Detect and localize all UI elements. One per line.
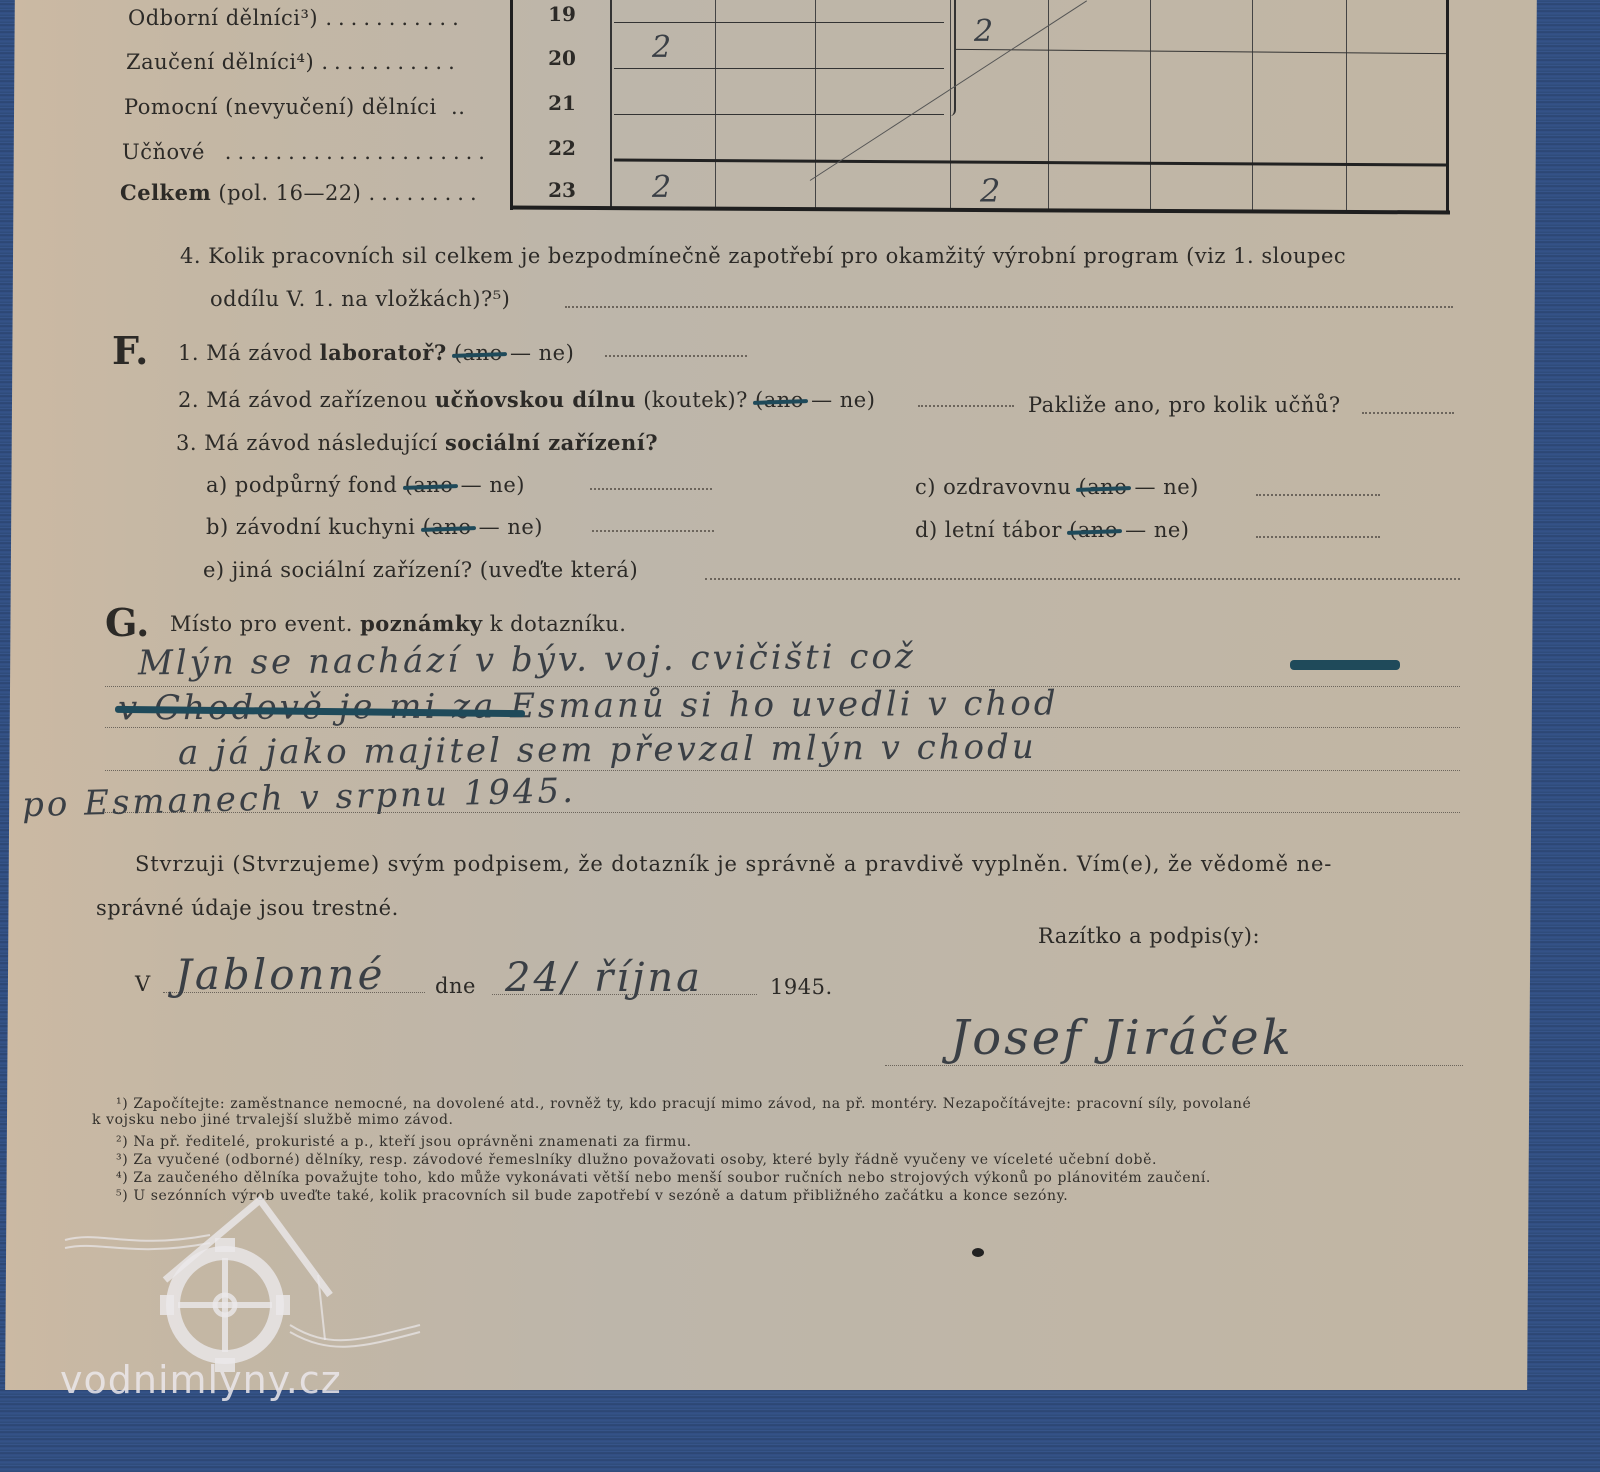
row-label-23: Celkem (pol. 16—22) .........	[120, 180, 483, 205]
declaration-line2: správné údaje jsou trestné.	[96, 896, 399, 920]
stamp-label: Razítko a podpis(y):	[1038, 924, 1260, 948]
struck-ano: (ano	[454, 341, 503, 365]
date-value: 24/ října	[505, 955, 703, 1001]
row-label-19: Odborní dělníci³) ...........	[128, 6, 465, 30]
cell-row23-col1: 2	[652, 170, 674, 205]
row-label-20: Zaučení dělníci⁴) ...........	[126, 50, 461, 74]
f-q3-item-e: e) jiná sociální zařízení? (uveďte která…	[203, 558, 638, 582]
f-q3-item-c: c) ozdravovnu (ano — ne)	[915, 475, 1199, 499]
section-g-heading: Místo pro event. poznámky k dotazníku.	[170, 611, 626, 636]
declaration-line1: Stvrzuji (Stvrzujeme) svým podpisem, že …	[135, 852, 1332, 876]
signature: Josef Jiráček	[950, 1010, 1294, 1066]
row-number-22: 22	[532, 136, 592, 160]
f-q3-item-b-field[interactable]	[592, 530, 714, 532]
section-f-letter: F.	[112, 328, 148, 373]
question-4-answer-field[interactable]	[565, 306, 1453, 308]
cell-bracket-value: 2	[974, 14, 996, 49]
f-q2-followup: Pakliže ano, pro kolik učňů?	[1028, 393, 1341, 417]
f-q3-item-d-field[interactable]	[1256, 536, 1380, 538]
footnote-2: ²) Na př. ředitelé, prokuristé a p., kte…	[92, 1134, 1251, 1150]
f-q2-answer-field[interactable]	[918, 405, 1014, 407]
ink-dot	[972, 1248, 984, 1257]
f-q3-item-d: d) letní tábor (ano — ne)	[915, 518, 1190, 542]
f-q3-item-c-field[interactable]	[1256, 494, 1380, 496]
footnote-1-cont: k vojsku nebo jiné trvalejší službě mimo…	[92, 1112, 1251, 1128]
f-q3-item-b: b) závodní kuchyni (ano — ne)	[206, 515, 543, 539]
f-q3: 3. Má závod následující sociální zařízen…	[176, 430, 658, 455]
row-number-21: 21	[532, 91, 592, 115]
row-number-23: 23	[532, 178, 592, 202]
f-q1: 1. Má závod laboratoř? (ano — ne)	[178, 340, 574, 365]
row-number-20: 20	[532, 46, 592, 70]
year-label: 1945.	[770, 975, 833, 999]
place-prefix: V	[135, 972, 151, 996]
watermark-text: vodnimlyny.cz	[60, 1358, 342, 1402]
cell-row23-col4: 2	[980, 172, 1003, 210]
f-q3-item-a: a) podpůrný fond (ano — ne)	[206, 473, 525, 497]
cell-row20-col1: 2	[652, 30, 674, 65]
row-number-19: 19	[532, 2, 592, 26]
f-q3-item-a-field[interactable]	[590, 488, 712, 490]
handwritten-note-line-2: v Chodově je mi za Esmanů si ho uvedli v…	[118, 684, 1059, 729]
watermill-house-icon	[60, 1180, 440, 1380]
f-q1-answer-field[interactable]	[605, 355, 747, 357]
question-4-line2: oddílu V. 1. na vložkách)?⁵)	[210, 287, 510, 311]
f-q3-item-e-field[interactable]	[705, 578, 1460, 580]
row-label-21: Pomocní (nevyučení) dělníci ..	[124, 95, 465, 119]
handwritten-note-line-3: a já jako majitel sem převzal mlýn v cho…	[178, 727, 1037, 773]
handwritten-note-line-1: Mlýn se nachází v býv. voj. cvičišti což	[138, 637, 916, 684]
question-4-line1: 4. Kolik pracovních sil celkem je bezpod…	[180, 244, 1346, 268]
ink-strikeout	[1290, 660, 1400, 670]
f-q2: 2. Má závod zařízenou učňovskou dílnu (k…	[178, 387, 875, 412]
row-label-22: Učňové .....................	[122, 140, 491, 164]
section-g-letter: G.	[105, 600, 149, 645]
footnote-3: ³) Za vyučené (odborné) dělníky, resp. z…	[92, 1152, 1251, 1168]
place-value: Jablonné	[175, 950, 385, 999]
f-q2-followup-field[interactable]	[1362, 412, 1454, 414]
footnote-1: ¹) Započítejte: zaměstnance nemocné, na …	[92, 1096, 1251, 1112]
employee-table: 19 20 21 22 23 2 2 2 2	[510, 0, 1450, 212]
date-prefix: dne	[435, 974, 476, 998]
